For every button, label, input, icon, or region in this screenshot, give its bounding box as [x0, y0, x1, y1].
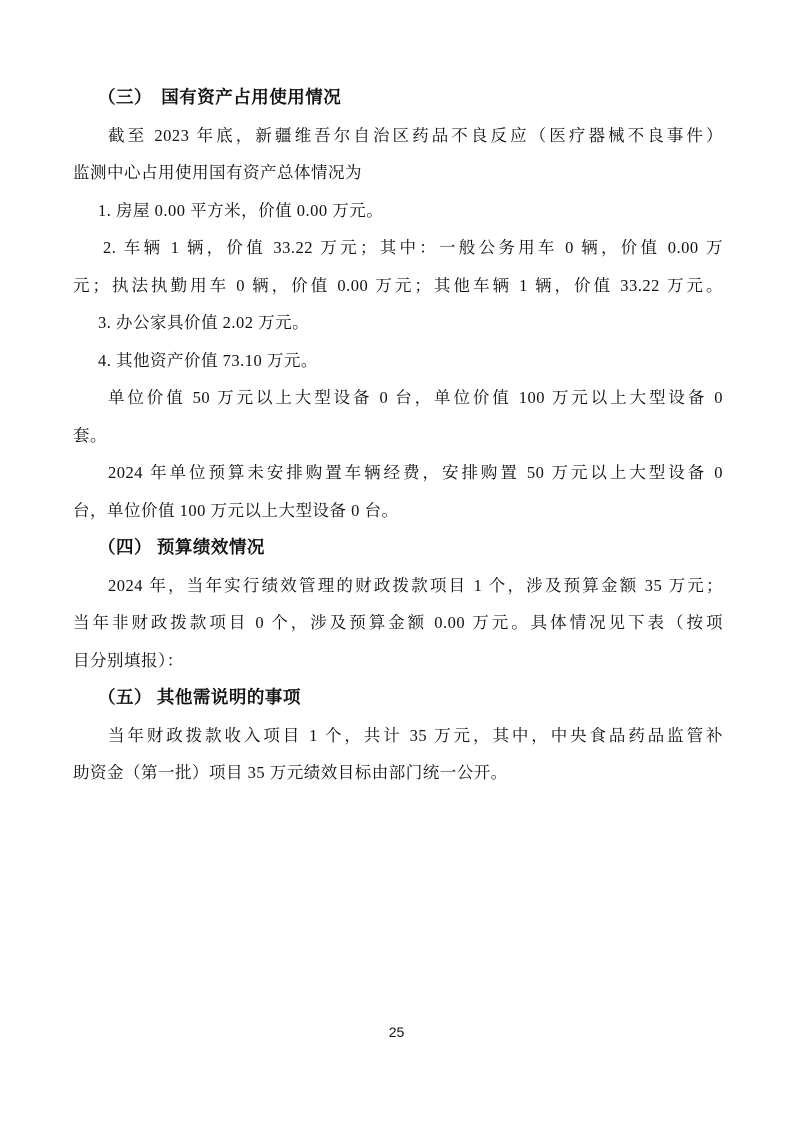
heading-section-4: （四） 预算绩效情况	[73, 529, 723, 567]
budget-2024-para-line-1: 2024 年单位预算未安排购置车辆经费，安排购置 50 万元以上大型设备 0	[73, 454, 723, 492]
budget-2024-para-line-2: 台，单位价值 100 万元以上大型设备 0 台。	[73, 492, 723, 530]
asset-item-2-vehicles-line-2: 元；执法执勤用车 0 辆，价值 0.00 万元；其他车辆 1 辆，价值 33.2…	[73, 267, 723, 305]
performance-para-line-2: 当年非财政拨款项目 0 个，涉及预算金额 0.00 万元。具体情况见下表（按项	[73, 604, 723, 642]
performance-para-line-3: 目分别填报）：	[73, 642, 723, 680]
asset-overview-line-2: 监测中心占用使用国有资产总体情况为	[73, 154, 723, 192]
asset-item-2-vehicles-line-1: 2. 车辆 1 辆，价值 33.22 万元；其中：一般公务用车 0 辆，价值 0…	[73, 229, 723, 267]
equipment-para-line-2: 套。	[73, 417, 723, 455]
heading-section-5: （五） 其他需说明的事项	[73, 679, 723, 717]
document-page: （三） 国有资产占用使用情况 截至 2023 年底，新疆维吾尔自治区药品不良反应…	[0, 0, 793, 1122]
equipment-para-line-1: 单位价值 50 万元以上大型设备 0 台，单位价值 100 万元以上大型设备 0	[73, 379, 723, 417]
asset-overview-line-1: 截至 2023 年底，新疆维吾尔自治区药品不良反应（医疗器械不良事件）	[73, 117, 723, 155]
asset-item-4-other: 4. 其他资产价值 73.10 万元。	[73, 342, 723, 380]
document-body: （三） 国有资产占用使用情况 截至 2023 年底，新疆维吾尔自治区药品不良反应…	[73, 79, 723, 792]
page-number: 25	[0, 1024, 793, 1040]
other-notes-para-line-2: 助资金（第一批）项目 35 万元绩效目标由部门统一公开。	[73, 754, 723, 792]
heading-section-3: （三） 国有资产占用使用情况	[73, 79, 723, 117]
asset-item-1-housing: 1. 房屋 0.00 平方米，价值 0.00 万元。	[73, 192, 723, 230]
asset-item-3-furniture: 3. 办公家具价值 2.02 万元。	[73, 304, 723, 342]
other-notes-para-line-1: 当年财政拨款收入项目 1 个，共计 35 万元，其中，中央食品药品监管补	[73, 717, 723, 755]
performance-para-line-1: 2024 年，当年实行绩效管理的财政拨款项目 1 个，涉及预算金额 35 万元；	[73, 567, 723, 605]
